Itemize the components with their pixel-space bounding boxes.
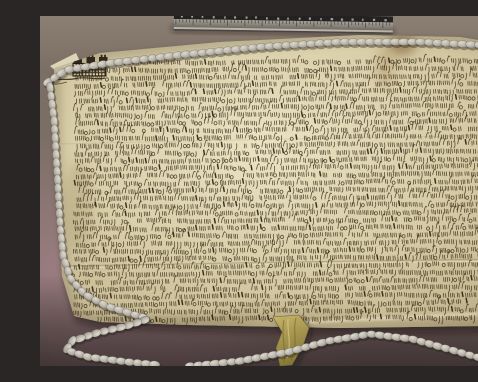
ruler xyxy=(172,16,394,35)
charter-scene xyxy=(40,16,478,366)
photo-medieval-charter xyxy=(40,16,478,366)
